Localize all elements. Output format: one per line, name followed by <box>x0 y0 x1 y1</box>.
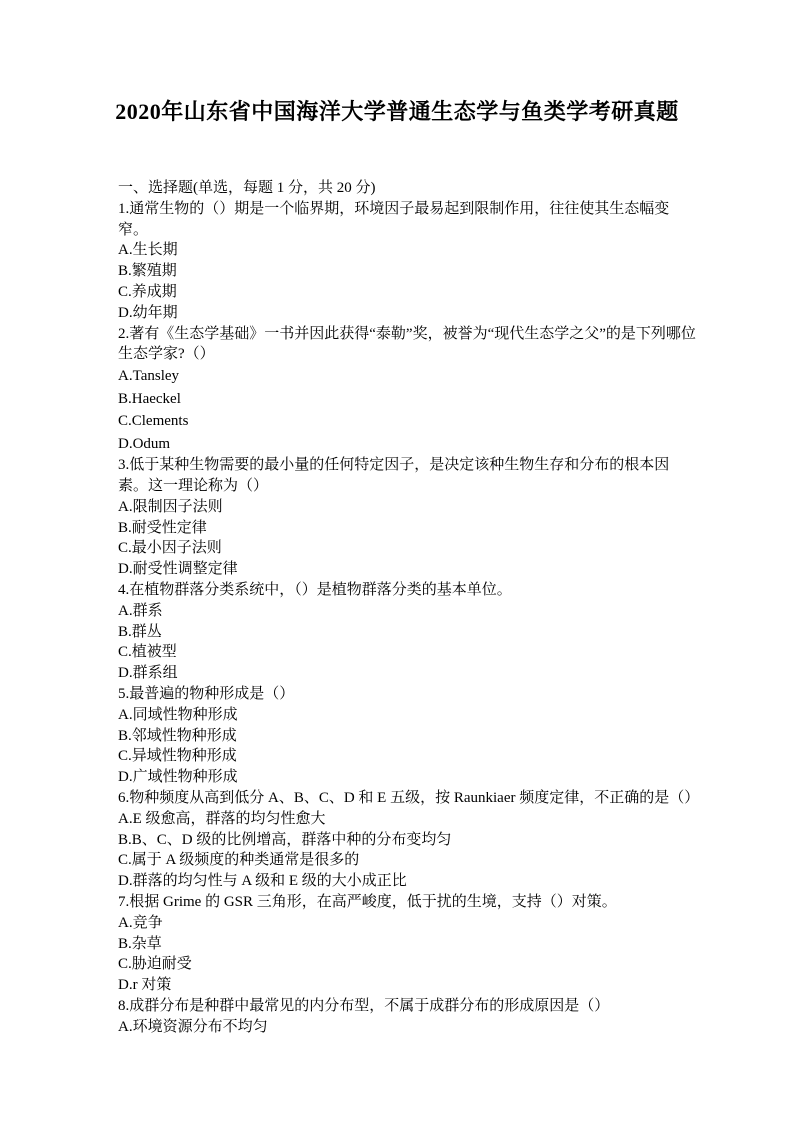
option-line: C.胁迫耐受 <box>118 954 696 975</box>
document-body: 一、选择题(单选，每题 1 分，共 20 分) 1.通常生物的（）期是一个临界期… <box>118 178 696 1037</box>
option-line: A.环境资源分布不均匀 <box>118 1017 696 1038</box>
option-line: B.繁殖期 <box>118 261 696 282</box>
option-line: C.养成期 <box>118 282 696 303</box>
document-title: 2020年山东省中国海洋大学普通生态学与鱼类学考研真题 <box>109 95 685 129</box>
option-line: D.耐受性调整定律 <box>118 559 696 580</box>
option-line: C.异域性物种形成 <box>118 746 696 767</box>
section-heading: 一、选择题(单选，每题 1 分，共 20 分) <box>118 178 696 199</box>
option-line: D.Odum <box>118 433 696 456</box>
option-line: B.群丛 <box>118 622 696 643</box>
option-line: C.Clements <box>118 410 696 433</box>
option-line: B.耐受性定律 <box>118 518 696 539</box>
option-line: D.幼年期 <box>118 303 696 324</box>
option-line: A.E 级愈高，群落的均匀性愈大 <box>118 809 696 830</box>
question-list: 1.通常生物的（）期是一个临界期，环境因子最易起到限制作用，往往使其生态幅变窄。… <box>118 199 696 1038</box>
option-line: C.植被型 <box>118 642 696 663</box>
option-line: D.群落的均匀性与 A 级和 E 级的大小成正比 <box>118 871 696 892</box>
option-line: A.限制因子法则 <box>118 497 696 518</box>
option-line: B.Haeckel <box>118 388 696 411</box>
option-line: B.B、C、D 级的比例增高，群落中种的分布变均匀 <box>118 830 696 851</box>
option-line: D.r 对策 <box>118 975 696 996</box>
question-stem: 4.在植物群落分类系统中，（）是植物群落分类的基本单位。 <box>118 580 696 601</box>
option-line: D.群系组 <box>118 663 696 684</box>
question-stem: 5.最普遍的物种形成是（） <box>118 684 696 705</box>
question-stem: 7.根据 Grime 的 GSR 三角形，在高严峻度，低于扰的生境，支持（）对策… <box>118 892 696 913</box>
question-stem: 1.通常生物的（）期是一个临界期，环境因子最易起到限制作用，往往使其生态幅变窄。 <box>118 199 696 241</box>
question-stem: 8.成群分布是种群中最常见的内分布型，不属于成群分布的形成原因是（） <box>118 996 696 1017</box>
question-stem: 3.低于某种生物需要的最小量的任何特定因子，是决定该种生物生存和分布的根本因素。… <box>118 455 696 497</box>
option-line: A.竞争 <box>118 913 696 934</box>
option-line: B.邻域性物种形成 <box>118 726 696 747</box>
question-stem: 6.物种频度从高到低分 A、B、C、D 和 E 五级，按 Raunkiaer 频… <box>118 788 696 809</box>
option-line: D.广域性物种形成 <box>118 767 696 788</box>
option-line: C.属于 A 级频度的种类通常是很多的 <box>118 850 696 871</box>
option-line: A.生长期 <box>118 240 696 261</box>
option-line: A.Tansley <box>118 365 696 388</box>
document-page: 2020年山东省中国海洋大学普通生态学与鱼类学考研真题 一、选择题(单选，每题 … <box>0 0 794 1123</box>
option-line: A.群系 <box>118 601 696 622</box>
option-line: B.杂草 <box>118 934 696 955</box>
option-line: C.最小因子法则 <box>118 538 696 559</box>
option-line: A.同域性物种形成 <box>118 705 696 726</box>
question-stem: 2.著有《生态学基础》一书并因此获得“泰勒”奖，被誉为“现代生态学之父”的是下列… <box>118 324 696 366</box>
